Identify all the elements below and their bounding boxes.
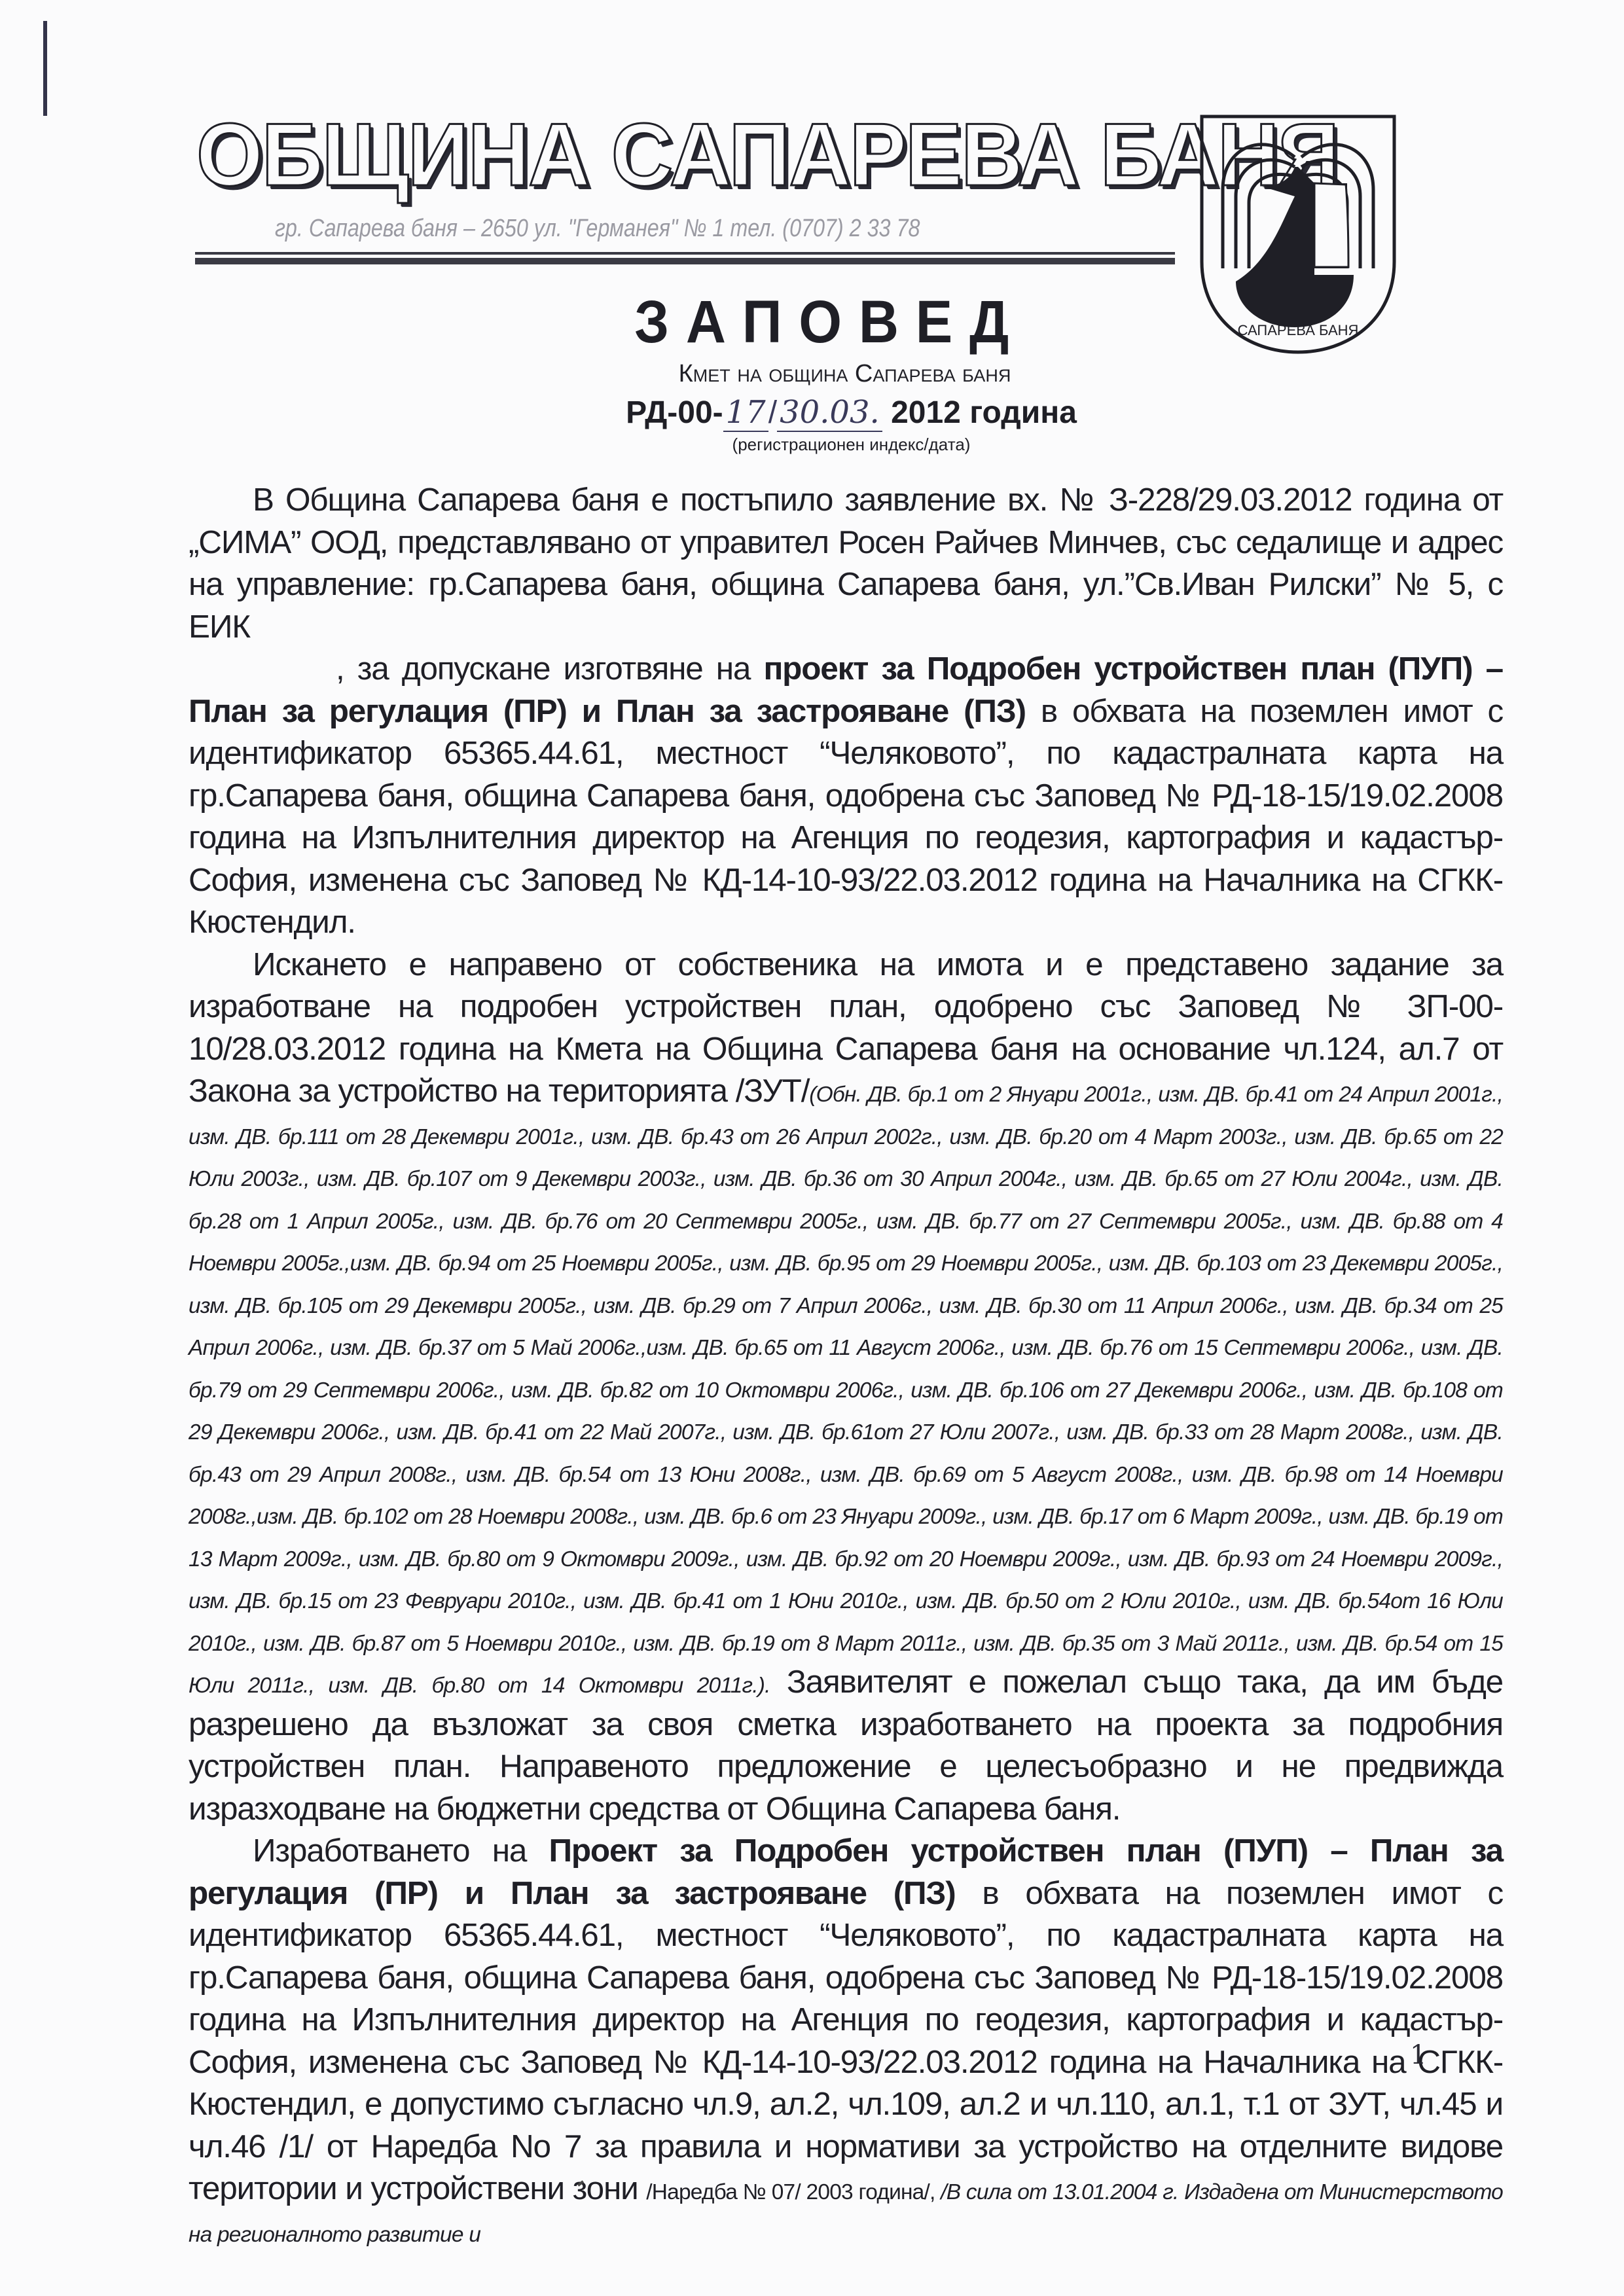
reg-prefix: РД-00- bbox=[626, 395, 723, 430]
document-body: В Община Сапарева баня е постъпило заявл… bbox=[189, 479, 1503, 2252]
municipality-address: гр. Сапарева баня – 2650 ул. "Германея" … bbox=[275, 215, 943, 243]
letterhead-rule-thick bbox=[195, 258, 1175, 264]
paragraph-application: В Община Сапарева баня е постъпило заявл… bbox=[189, 479, 1503, 944]
scan-margin-mark bbox=[43, 21, 47, 116]
p1-text-cont: , за допускане изготвяне на bbox=[336, 651, 763, 687]
registration-line: РД-00-17/30.03. 2012 година bbox=[0, 394, 1624, 431]
reg-number-handwritten: 17 bbox=[723, 394, 768, 432]
municipality-name: ОБЩИНА САПАРЕВА БАНЯ bbox=[196, 110, 1108, 199]
page-number: 1 bbox=[1410, 2040, 1426, 2070]
reg-date-handwritten: 30.03. bbox=[777, 394, 882, 432]
paragraph-request: Искането е направено от собственика на и… bbox=[189, 944, 1503, 1831]
reg-caption: (регистрационен индекс/дата) bbox=[0, 435, 1624, 455]
issuer-text: Кмет на община Сапарева баня bbox=[679, 360, 1011, 387]
p1-text: В Община Сапарева баня е постъпило заявл… bbox=[189, 482, 1503, 645]
paragraph-admissibility: Изработването на Проект за Подробен устр… bbox=[189, 1830, 1503, 2252]
reg-separator: / bbox=[768, 395, 777, 430]
letterhead-rule-thin bbox=[195, 252, 1175, 255]
p3-ordinance-ref: /Наредба № 07/ 2003 година/, bbox=[646, 2180, 941, 2204]
document-title: ЗАПОВЕД bbox=[65, 288, 1559, 357]
p3-text: Изработването на bbox=[253, 1833, 549, 1869]
reg-suffix: 2012 година bbox=[891, 395, 1077, 430]
issuer-line: Кмет на община Сапарева баня bbox=[0, 360, 1624, 388]
p1-text-end: в обхвата на поземлен имот с идентификат… bbox=[189, 693, 1503, 941]
zut-amendments-list: (Обн. ДВ. бр.1 от 2 Януари 2001г., изм. … bbox=[189, 1083, 1503, 1698]
p3-text-cont: в обхвата на поземлен имот с идентификат… bbox=[189, 1875, 1503, 2207]
